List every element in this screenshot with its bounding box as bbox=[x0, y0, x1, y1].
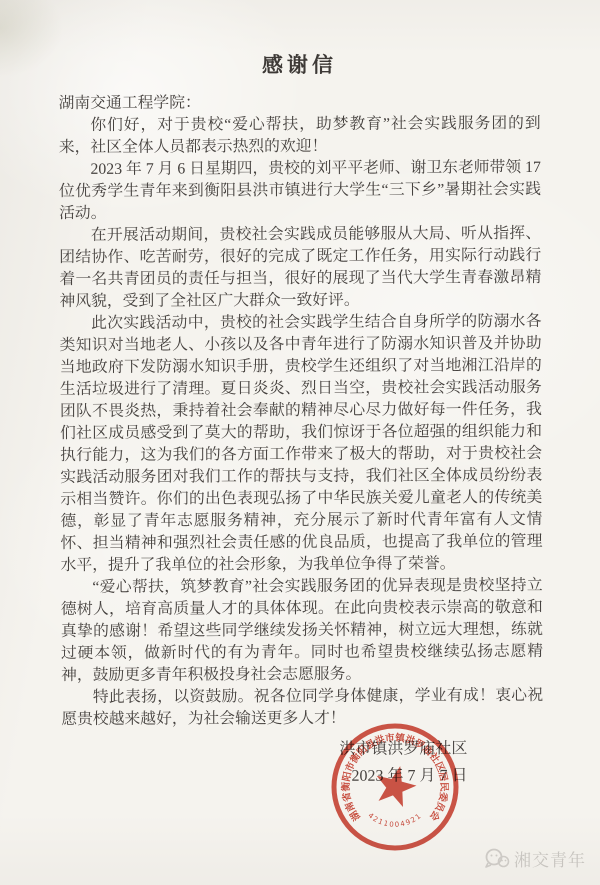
letter-title: 感谢信 bbox=[58, 53, 540, 77]
seal-code: 4211004921 bbox=[366, 811, 423, 828]
letter-paragraph-arrival: 2023 年 7 月 6 日星期四，贵校的刘平平老师、谢卫东老师带领 17 位优… bbox=[59, 157, 541, 225]
svg-text:4211004921: 4211004921 bbox=[366, 811, 423, 828]
signature-block: 洪市镇洪罗庙社区 2023 年 7 月 7 日 bbox=[61, 735, 543, 791]
star-icon bbox=[371, 761, 420, 809]
letter-paragraph-conduct: 在开展活动期间，贵校社会实践成员能够服从大局、听从指挥、团结协作、吃苦耐劳，很好… bbox=[59, 223, 541, 313]
letter-paragraph-activities: 此次实践活动中，贵校的社会实践学生结合自身所学的防溺水各类知识对当地老人、小孩以… bbox=[60, 311, 543, 577]
watermark-text: 湘交青年 bbox=[514, 846, 586, 871]
letter-paragraph-praise: “爱心帮扶，筑梦教育”社会实践服务团的优异表现是贵校坚持立德树人，培育高质量人才… bbox=[61, 575, 543, 687]
letter-paragraph-greeting: 你们好，对于贵校“爱心帮扶，助梦教育”社会实践服务团的到来，社区全体人员都表示热… bbox=[59, 113, 541, 159]
watermark: 湘交青年 bbox=[484, 846, 586, 871]
wechat-watermark-icon bbox=[484, 848, 510, 870]
scanned-letter-page: 感谢信 湖南交通工程学院： 你们好，对于贵校“爱心帮扶，助梦教育”社会实践服务团… bbox=[0, 0, 600, 885]
letter-salutation: 湖南交通工程学院： bbox=[59, 91, 541, 115]
letter-body: 感谢信 湖南交通工程学院： 你们好，对于贵校“爱心帮扶，助梦教育”社会实践服务团… bbox=[58, 53, 543, 791]
official-seal: 湖南省衡阳市衡阳县洪市镇洪罗庙社区居民委员会 4211004921 bbox=[320, 712, 470, 862]
letter-paragraph-closing: 特此表扬，以资鼓励。祝各位同学身体健康，学业有成！衷心祝愿贵校越来越好，为社会输… bbox=[61, 685, 543, 731]
